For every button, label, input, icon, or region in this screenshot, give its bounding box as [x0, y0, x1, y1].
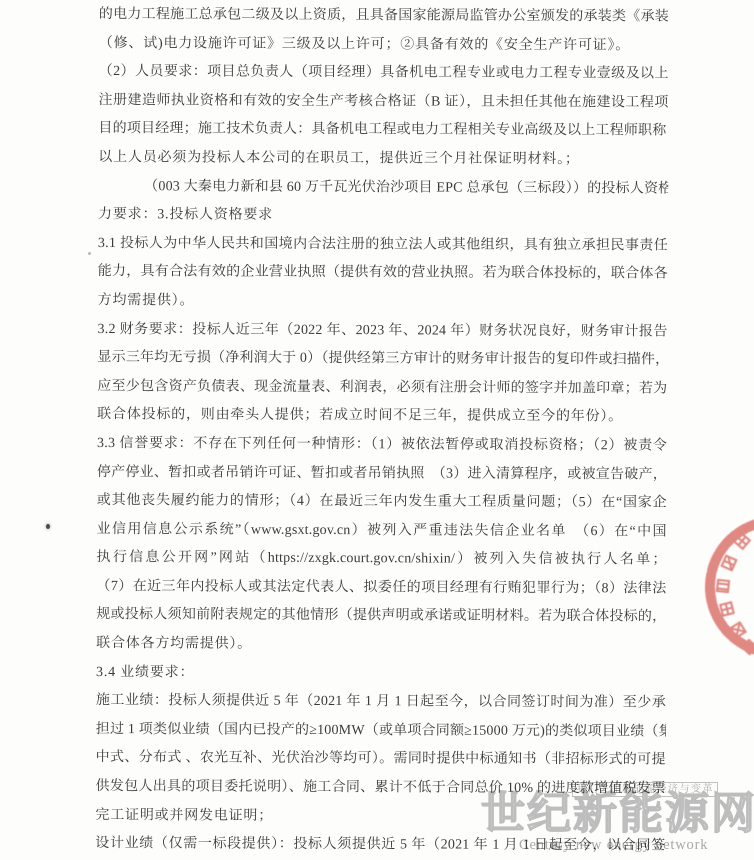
scanned-document-page: 的电力工程施工总承包二级及以上资质，且具备国家能源局监管办公室颁发的承装类《承装… [0, 0, 754, 860]
text-line: （7）在近三年内投标人或其法定代表人、拟委任的项目经理有行贿犯罪行为；（8）法律… [96, 573, 666, 604]
text-line: 3.3 信誉要求：不存在下列任何一种情形：（1）被依法暂停或取消投标资格；（2）… [97, 430, 667, 461]
text-line: 停产停业、暂扣或者吊销许可证、暂扣或者吊销执照 （3）进入清算程序，或被宣告破产… [97, 458, 667, 489]
text-line: 3.2 财务要求：投标人近三年（2022 年、2023 年、2024 年）财务状… [98, 316, 668, 347]
scan-speck [88, 252, 91, 255]
text-line: 供发包人出具的项目委托说明）、施工合同、累计不低于合同总价 10% 的进度款增值… [96, 773, 666, 804]
text-line: 设计业绩（仅需一标段提供）：投标人须提供近 5 年（2021 年 1 月 1 日… [95, 830, 665, 860]
text-line: 方均需提供）。 [98, 287, 668, 318]
text-line: 联合体各方均需提供）。 [96, 630, 666, 661]
text-line: 联合体投标的，则由牵头人提供；若成立时间不足三年，提供成立至今的年份）。 [97, 401, 667, 432]
document-text-block: 的电力工程施工总承包二级及以上资质，且具备国家能源局监管办公室颁发的承装类《承装… [95, 1, 669, 860]
text-line: 能力，具有合法有效的企业营业执照（提供有效的营业执照。若为联合体投标的，联合体各 [98, 258, 668, 289]
text-line: 业信用信息公示系统”（www.gsxt.gov.cn）被列入严重违法失信企业名单… [97, 516, 667, 547]
text-line: （修、试)电力设施许可证》三级及以上许可；②具备有效的《安全生产许可证》。 [99, 30, 669, 61]
text-line: 3.4 业绩要求： [96, 659, 666, 690]
text-line: 或其他丧失履约能力的情形；（4）在最近三年内发生重大工程质量问题；（5）在“国家… [97, 487, 667, 518]
text-line: 施工业绩：投标人须提供近 5 年（2021 年 1 月 1 日起至今，以合同签订… [96, 687, 666, 718]
text-line: 应至少包含资产负债表、现金流量表、利润表，必须有注册会计师的签字并加盖印章；若为 [97, 373, 667, 404]
text-line: 目的项目经理；施工技术负责人：具备机电工程或电力工程相关专业高级及以上工程师职称… [98, 115, 668, 146]
text-line: 显示三年均无亏损（净利润大于 0）（提供经第三方审计的财务审计报告的复印件或扫描… [97, 344, 667, 375]
text-line: 的电力工程施工总承包二级及以上资质，且具备国家能源局监管办公室颁发的承装类《承装 [99, 1, 669, 32]
text-line: （003 大秦电力新和县 60 万千瓦光伏治沙项目 EPC 总承包（三标段））的… [98, 173, 668, 204]
text-line: 中式、分布式 、农光互补、光伏治沙等均可）。需同时提供中标通知书（非招标形式的可… [96, 744, 666, 775]
text-line: 规或投标人须知前附表规定的其他情形（提供声明或承诺或证明材料。若为联合体投标的， [96, 601, 666, 632]
text-line: 担过 1 项类似业绩（国内已投产的≥100MW（或单项合同额≥15000 万元)… [96, 716, 666, 747]
text-line: 完工证明或并网发电证明； [95, 802, 665, 833]
text-line: 3.1 投标人为中华人民共和国境内合法注册的独立法人或其他组织，具有独立承担民事… [98, 230, 668, 261]
red-seal-stamp [698, 508, 754, 666]
text-line: 力要求：3.投标人资格要求 [98, 201, 668, 232]
text-line: 注册建造师执业资格和有效的安全生产考核合格证（B 证），且未担任其他在施建设工程… [99, 87, 669, 118]
text-line: （2）人员要求：项目总负责人（项目经理）具备机电工程专业或电力工程专业壹级及以上 [99, 58, 669, 89]
text-line: 执行信息公开网”网站（https://zxgk.court.gov.cn/shi… [97, 544, 667, 575]
scan-speck [46, 524, 50, 529]
text-line: 以上人员必须为投标人本公司的在职员工，提供近三个月社保证明材料。； [98, 144, 668, 175]
